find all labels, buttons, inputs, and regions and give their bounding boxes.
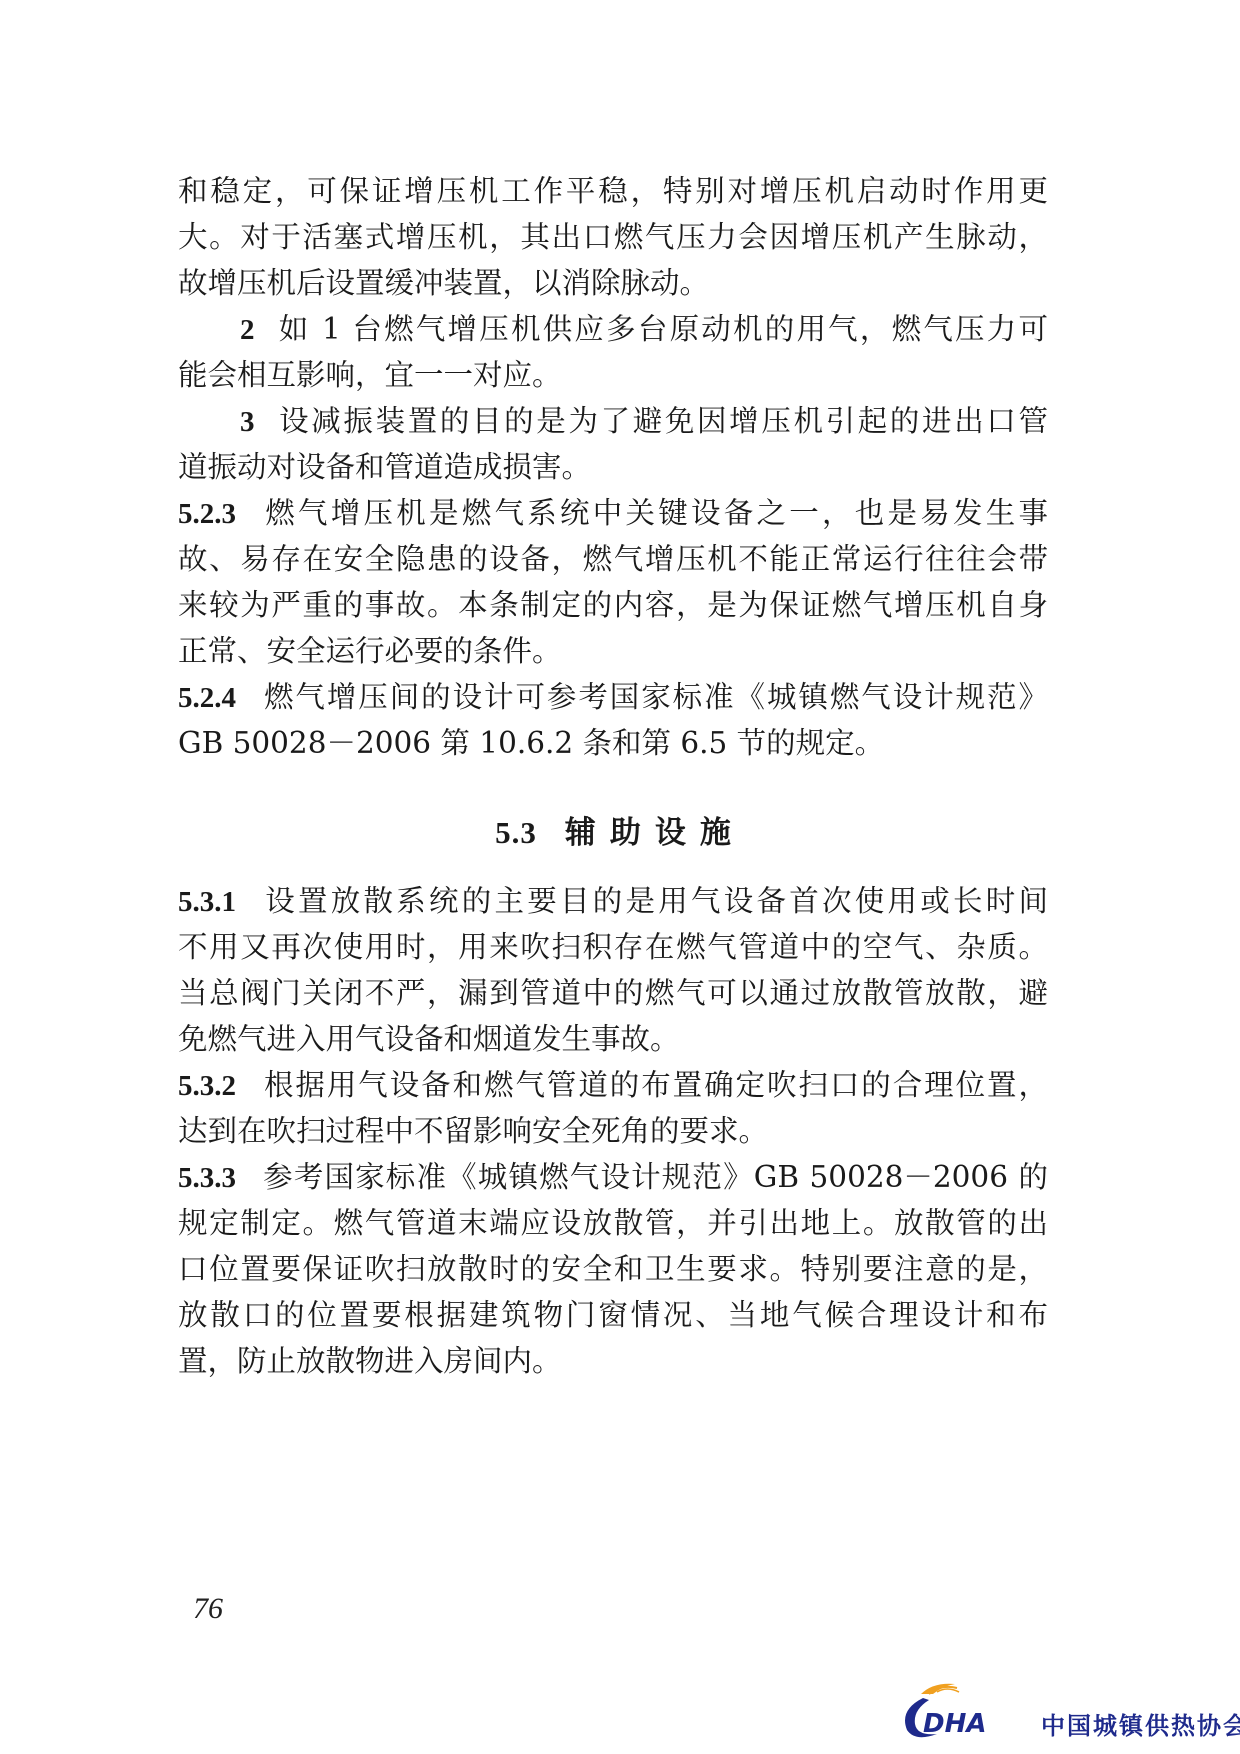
line-text: 当总阀门关闭不严，漏到管道中的燃气可以通过放散管放散，避 — [178, 976, 1048, 1010]
footer-logo: DHA 中国城镇供热协会 — [893, 1680, 1233, 1740]
line-text: 燃气增压机是燃气系统中关键设备之一，也是易发生事 — [262, 496, 1048, 530]
organization-name: 中国城镇供热协会 — [1041, 1706, 1240, 1741]
line-text: 不用又再次使用时，用来吹扫积存在燃气管道中的空气、杂质。 — [178, 930, 1048, 964]
clause-number: 5.3.2 — [178, 1070, 236, 1102]
line-text: 故增压机后设置缓冲装置，以消除脉动。 — [178, 266, 709, 300]
text-line: 免燃气进入用气设备和烟道发生事故。 — [178, 1016, 1048, 1062]
item-line: 3设减振装置的目的是为了避免因增压机引起的进出口管 — [240, 398, 1048, 444]
text-line: 不用又再次使用时，用来吹扫积存在燃气管道中的空气、杂质。 — [178, 924, 1048, 970]
text-line: 大。对于活塞式增压机，其出口燃气压力会因增压机产生脉动， — [178, 214, 1048, 260]
text-line: GB 50028－2006 第 10.6.2 条和第 6.5 节的规定。 — [178, 720, 1048, 766]
line-text: 大。对于活塞式增压机，其出口燃气压力会因增压机产生脉动， — [178, 220, 1048, 254]
section-title-text: 辅助设施 — [565, 815, 745, 851]
clause-number: 5.3.3 — [178, 1162, 236, 1194]
svg-text:DHA: DHA — [923, 1709, 986, 1739]
dha-logo-icon: DHA — [893, 1680, 1023, 1740]
clause-line: 5.2.3燃气增压机是燃气系统中关键设备之一，也是易发生事 — [178, 490, 1048, 536]
clause-line: 5.2.4燃气增压间的设计可参考国家标准《城镇燃气设计规范》 — [178, 674, 1048, 720]
text-line: 放散口的位置要根据建筑物门窗情况、当地气候合理设计和布 — [178, 1292, 1048, 1338]
line-text: 免燃气进入用气设备和烟道发生事故。 — [178, 1022, 680, 1056]
text-line: 和稳定，可保证增压机工作平稳，特别对增压机启动时作用更 — [178, 168, 1048, 214]
line-text: 规定制定。燃气管道末端应设放散管，并引出地上。放散管的出 — [178, 1206, 1048, 1240]
line-text: 正常、安全运行必要的条件。 — [178, 634, 562, 668]
line-text: 设置放散系统的主要目的是用气设备首次使用或长时间 — [262, 884, 1048, 918]
text-line: 故增压机后设置缓冲装置，以消除脉动。 — [178, 260, 1048, 306]
section-heading: 5.3辅助设施 — [0, 810, 1240, 856]
line-text: 置，防止放散物进入房间内。 — [178, 1344, 562, 1378]
item-number: 3 — [240, 406, 255, 438]
clause-line: 5.3.1设置放散系统的主要目的是用气设备首次使用或长时间 — [178, 878, 1048, 924]
item-number: 2 — [240, 314, 255, 346]
item-line: 2如 1 台燃气增压机供应多台原动机的用气，燃气压力可 — [240, 306, 1048, 352]
text-line: 置，防止放散物进入房间内。 — [178, 1338, 1048, 1384]
text-line: 来较为严重的事故。本条制定的内容，是为保证燃气增压机自身 — [178, 582, 1048, 628]
line-text: 和稳定，可保证增压机工作平稳，特别对增压机启动时作用更 — [178, 174, 1048, 208]
text-line: 正常、安全运行必要的条件。 — [178, 628, 1048, 674]
line-text: 达到在吹扫过程中不留影响安全死角的要求。 — [178, 1114, 768, 1148]
line-text: 故、易存在安全隐患的设备，燃气增压机不能正常运行往往会带 — [178, 542, 1048, 576]
clause-line: 5.3.2根据用气设备和燃气管道的布置确定吹扫口的合理位置， — [178, 1062, 1048, 1108]
line-text: 口位置要保证吹扫放散时的安全和卫生要求。特别要注意的是， — [178, 1252, 1048, 1286]
section-number: 5.3 — [495, 815, 537, 850]
line-text: 能会相互影响，宜一一对应。 — [178, 358, 562, 392]
line-text: 如 1 台燃气增压机供应多台原动机的用气，燃气压力可 — [277, 312, 1049, 346]
clause-number: 5.3.1 — [178, 886, 236, 918]
text-line: 能会相互影响，宜一一对应。 — [178, 352, 1048, 398]
clause-line: 5.3.3参考国家标准《城镇燃气设计规范》GB 50028－2006 的 — [178, 1154, 1048, 1200]
document-page: 和稳定，可保证增压机工作平稳，特别对增压机启动时作用更大。对于活塞式增压机，其出… — [0, 0, 1240, 1754]
line-text: 参考国家标准《城镇燃气设计规范》GB 50028－2006 的 — [262, 1160, 1048, 1194]
line-text: 燃气增压间的设计可参考国家标准《城镇燃气设计规范》 — [262, 680, 1048, 714]
text-line: 当总阀门关闭不严，漏到管道中的燃气可以通过放散管放散，避 — [178, 970, 1048, 1016]
line-text: 来较为严重的事故。本条制定的内容，是为保证燃气增压机自身 — [178, 588, 1048, 622]
line-text: GB 50028－2006 第 10.6.2 条和第 6.5 节的规定。 — [178, 726, 884, 760]
text-line: 口位置要保证吹扫放散时的安全和卫生要求。特别要注意的是， — [178, 1246, 1048, 1292]
text-line: 达到在吹扫过程中不留影响安全死角的要求。 — [178, 1108, 1048, 1154]
line-text: 放散口的位置要根据建筑物门窗情况、当地气候合理设计和布 — [178, 1298, 1048, 1332]
text-line: 道振动对设备和管道造成损害。 — [178, 444, 1048, 490]
page-number: 76 — [193, 1592, 223, 1626]
clause-number: 5.2.3 — [178, 498, 236, 530]
clause-number: 5.2.4 — [178, 682, 236, 714]
line-text: 设减振装置的目的是为了避免因增压机引起的进出口管 — [277, 404, 1049, 438]
text-line: 规定制定。燃气管道末端应设放散管，并引出地上。放散管的出 — [178, 1200, 1048, 1246]
line-text: 根据用气设备和燃气管道的布置确定吹扫口的合理位置， — [262, 1068, 1048, 1102]
line-text: 道振动对设备和管道造成损害。 — [178, 450, 591, 484]
text-line: 故、易存在安全隐患的设备，燃气增压机不能正常运行往往会带 — [178, 536, 1048, 582]
